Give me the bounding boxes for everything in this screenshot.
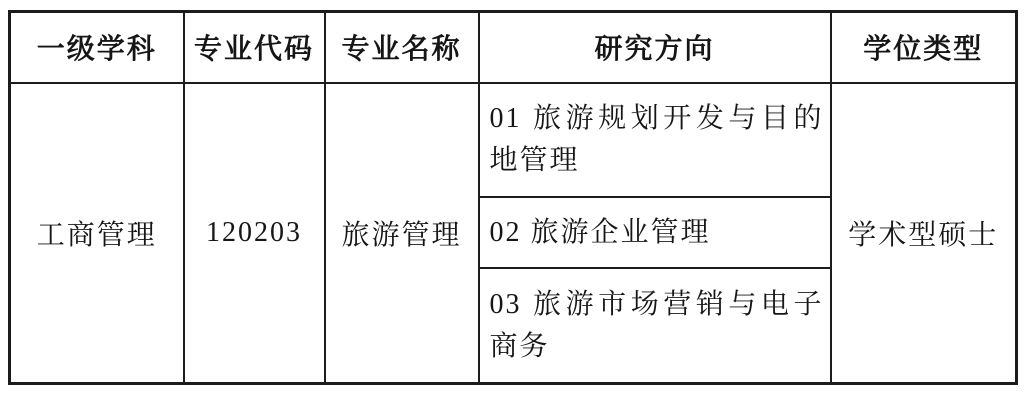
header-discipline: 一级学科 (10, 12, 184, 83)
table-row: 工商管理 120203 旅游管理 01 旅游规划开发与目的地管理 学术型硕士 (10, 83, 1017, 197)
header-major-name: 专业名称 (325, 12, 479, 83)
cell-discipline: 工商管理 (10, 83, 184, 384)
header-research-direction: 研究方向 (479, 12, 831, 83)
document-page: 一级学科 专业代码 专业名称 研究方向 学位类型 工商管理 120203 旅游管… (0, 0, 1024, 394)
header-row: 一级学科 专业代码 专业名称 研究方向 学位类型 (10, 12, 1017, 83)
header-degree-type: 学位类型 (831, 12, 1017, 83)
program-table: 一级学科 专业代码 专业名称 研究方向 学位类型 工商管理 120203 旅游管… (8, 10, 1018, 385)
cell-degree-type: 学术型硕士 (831, 83, 1017, 384)
header-major-code: 专业代码 (184, 12, 325, 83)
cell-research-direction-1: 01 旅游规划开发与目的地管理 (479, 83, 831, 197)
cell-research-direction-3: 03 旅游市场营销与电子商务 (479, 268, 831, 383)
cell-research-direction-2: 02 旅游企业管理 (479, 197, 831, 269)
cell-major-code: 120203 (184, 83, 325, 384)
cell-major-name: 旅游管理 (325, 83, 479, 384)
